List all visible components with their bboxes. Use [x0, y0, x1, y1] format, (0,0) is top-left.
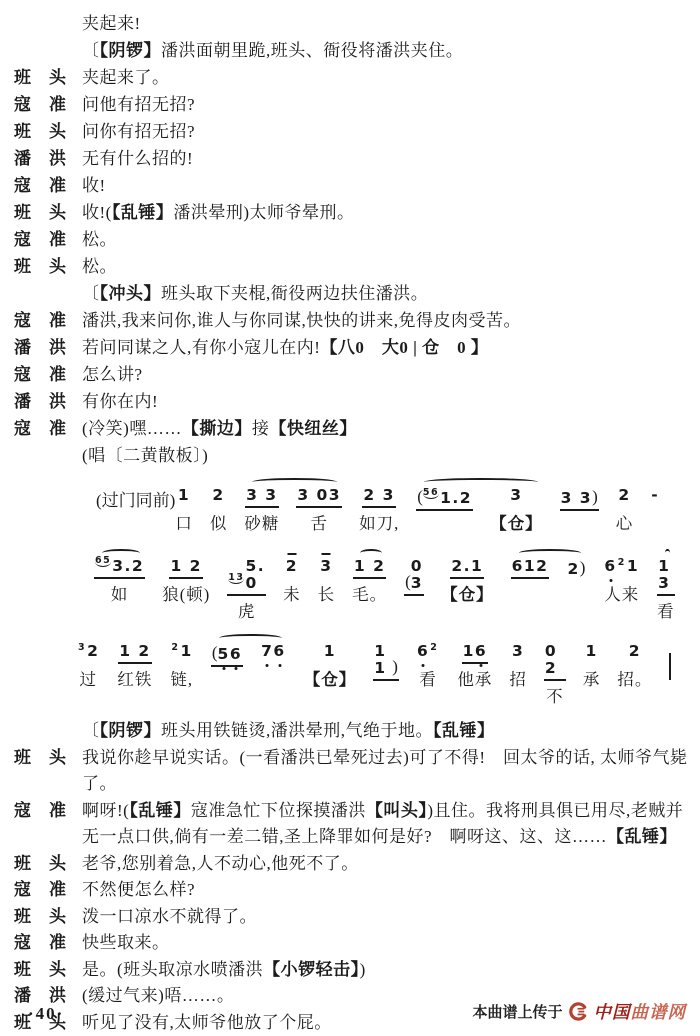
speaker-name: 寇准: [14, 361, 66, 388]
music-line: (过门同前)1口2似3 3砂糖3 03舌2 3如刀,(561.23【仓】3 3)…: [96, 477, 688, 538]
music-note-cell: 1 2狼(顿): [162, 558, 210, 606]
music-note-cell: 3 3砂糖: [244, 487, 279, 535]
music-note-cell: 3 3): [560, 487, 599, 538]
music-group: (561.23【仓】: [416, 477, 559, 538]
music-note: 2: [618, 487, 630, 504]
site-logo-icon: [569, 1002, 588, 1021]
music-note: 3 03: [297, 487, 341, 504]
dialogue-line: 寇准啊呀!(【乱锤】寇准急忙下位探摸潘洪【叫头】)且住。我将刑具俱已用尽,老贼并…: [14, 798, 688, 851]
music-note-cell: (0 3: [404, 558, 424, 623]
dialogue-line: 寇准问他有招无招?: [14, 91, 688, 118]
lyric-text: 看: [419, 670, 437, 691]
dialogue-text: 啊呀!(【乱锤】寇准急忙下位探摸潘洪【叫头】)且住。我将刑具俱已用尽,老贼并无一…: [82, 798, 688, 851]
speaker-name: [14, 280, 66, 307]
speaker-name: 潘洪: [14, 388, 66, 415]
dialogue-line: 班头老爷,您别着急,人不动心,他死不了。: [14, 851, 688, 878]
music-note-cell: 2 3如刀,: [359, 487, 399, 535]
dialogue-text: 快些取来。: [82, 930, 688, 957]
dialogue-text: 不然便怎么样?: [82, 877, 688, 904]
lyric-text: 过: [79, 670, 97, 691]
site-name-secondary: 曲谱网: [631, 1002, 687, 1022]
dialogue-line: 寇准不然便怎么样?: [14, 877, 688, 904]
music-note: 6: [604, 558, 616, 575]
music-note-cell: 2.1【仓】: [441, 558, 494, 606]
music-group: 6122): [511, 548, 604, 609]
dialogue-text: 无有什么招的!: [82, 145, 688, 172]
dialogue-line: 班头是。(班头取凉水喷潘洪【小锣轻击】): [14, 957, 688, 984]
tie-arc: [360, 549, 382, 557]
speaker-name: 寇准: [14, 930, 66, 957]
music-end-barline: [669, 653, 671, 680]
dialogue-text: 怎么讲?: [82, 361, 688, 388]
site-name: 中国曲谱网: [594, 999, 687, 1024]
dialogue-line: 班头我说你趁早说实话。(一看潘洪已晕死过去)可了不得! 回太爷的话, 太师爷气毙…: [14, 745, 688, 798]
dialogue-text: 夹起来!: [82, 10, 688, 37]
grace-note: 56: [423, 488, 439, 499]
dialogue-text: 〔【阴锣】班头用铁链烫,潘洪晕刑,气绝于地。【乱锤】: [82, 718, 688, 745]
music-note: 1 2: [354, 558, 385, 575]
score-page: 夹起来!〔【阴锣】潘洪面朝里跪,班头、衙役将潘洪夹住。班头夹起来了。寇准问他有招…: [0, 0, 700, 1036]
music-note: 2: [212, 487, 224, 504]
lyric-text: 【仓】: [441, 585, 494, 606]
music-note: 6: [475, 643, 487, 660]
lyric-text: 如刀,: [359, 514, 399, 535]
music-note-cell: 1 3看: [657, 558, 675, 623]
music-note-cell: 3长: [318, 558, 336, 606]
music-note-cell: 653.2如: [94, 558, 145, 606]
dialogue-text: 问你有招无招?: [82, 118, 688, 145]
dialogue-line: 〔【冲头】班头取下夹棍,衙役两边扶住潘洪。: [14, 280, 688, 307]
music-group: 653.2如: [94, 548, 162, 606]
lyric-text: 链,: [170, 670, 193, 691]
lyric-text: 虎: [238, 602, 256, 623]
music-paren: ): [592, 487, 598, 507]
lyric-text: 【仓】: [304, 670, 357, 691]
dialogue-text: 老爷,您别着急,人不动心,他死不了。: [82, 851, 688, 878]
speaker-name: 班头: [14, 199, 66, 226]
dialogue-line: 寇准松。: [14, 226, 688, 253]
music-note: 1: [627, 558, 639, 575]
music-note-cell: 2似: [210, 487, 228, 535]
music-group: 32过1 2红铁21链,: [76, 633, 211, 691]
speaker-name: 班头: [14, 957, 66, 984]
lyric-text: 口: [175, 514, 193, 535]
music-line-label: (过门同前): [96, 486, 175, 511]
music-line: 32过1 2红铁21链,(56761【仓】1 1)62看16他承3招0 2不1承…: [76, 633, 688, 708]
lyric-text: 招: [509, 670, 527, 691]
music-line: 653.2如1 2狼(顿)135. 0虎2未3长1 2毛。(0 32.1【仓】6…: [94, 548, 688, 623]
dialogue-text: 〔【冲头】班头取下夹棍,衙役两边扶住潘洪。: [82, 280, 688, 307]
music-note: 2: [87, 643, 99, 660]
speaker-name: 潘洪: [14, 145, 66, 172]
dialogue-line: 〔【阴锣】潘洪面朝里跪,班头、衙役将潘洪夹住。: [14, 37, 688, 64]
music-note: 2: [629, 643, 641, 660]
music-note: 1 2: [119, 643, 150, 660]
dialogue-text: (冷笑)嘿……【撕边】接【快纽丝】: [82, 415, 688, 442]
music-note: 2: [430, 643, 438, 653]
music-note: 2.1: [451, 558, 483, 575]
tie-arc: [519, 549, 582, 557]
music-note: 612: [512, 558, 549, 575]
music-note: 1: [178, 487, 190, 504]
speaker-name: 班头: [14, 253, 66, 280]
music-note: 6: [273, 643, 285, 660]
dialogue-text: 是。(班头取凉水喷潘洪【小锣轻击】): [82, 957, 688, 984]
lyric-text: 招。: [617, 670, 652, 691]
music-note: 0 3: [411, 558, 423, 592]
music-note: 6: [417, 643, 429, 660]
tie-arc: [219, 634, 282, 642]
music-note: 0 2: [545, 643, 565, 677]
page-number: ·40·: [28, 1004, 64, 1024]
dialogue-line: 寇准潘洪,我来问你,谁人与你同谋,快快的讲来,免得皮肉受苦。: [14, 307, 688, 334]
music-note-cell: 1【仓】: [304, 643, 357, 691]
music-group: 1口2似: [175, 477, 244, 535]
music-note: 1: [181, 643, 193, 660]
music-note-cell: 1承: [583, 643, 601, 691]
music-group: (5676: [211, 633, 304, 694]
music-group: 3 3砂糖3 03舌: [244, 477, 359, 535]
speaker-name: 寇准: [14, 226, 66, 253]
music-note: 3: [78, 643, 86, 653]
music-note: 1: [463, 643, 475, 660]
lyric-text: 砂糖: [244, 514, 279, 535]
music-notation-section: (过门同前)1口2似3 3砂糖3 03舌2 3如刀,(561.23【仓】3 3)…: [14, 477, 688, 708]
dialogue-line: 班头问你有招无招?: [14, 118, 688, 145]
lyric-text: 如: [111, 585, 129, 606]
music-note-cell: 21链,: [169, 643, 193, 691]
dialogue-line: 夹起来!: [14, 10, 688, 37]
lyric-text: 毛。: [352, 585, 387, 606]
music-note: 5: [218, 646, 230, 663]
music-note-cell: 621人来: [603, 558, 640, 606]
music-note: 2: [286, 558, 298, 575]
speaker-name: 寇准: [14, 91, 66, 118]
grace-note: 13: [228, 573, 244, 584]
speaker-name: 班头: [14, 904, 66, 931]
dialogue-text: 松。: [82, 226, 688, 253]
music-note: 2: [171, 643, 179, 653]
music-note-cell: 62看: [416, 643, 440, 691]
dialogue-line: 寇准快些取来。: [14, 930, 688, 957]
lyric-text: 狼(顿): [162, 585, 210, 606]
site-name-primary: 中国: [594, 1002, 631, 1022]
music-note-cell: 3招: [509, 643, 527, 691]
speaker-name: 寇准: [14, 877, 66, 904]
lyric-text: 承: [583, 670, 601, 691]
lyric-text: 长: [318, 585, 336, 606]
dialogue-text: (唱〔二黄散板〕): [82, 442, 688, 469]
music-group: 1 3看: [657, 548, 692, 623]
lyric-text: 红铁: [117, 670, 152, 691]
dialogue-line: 潘洪有你在内!: [14, 388, 688, 415]
speaker-name: [14, 10, 66, 37]
dialogue-text: 我说你趁早说实话。(一看潘洪已晕死过去)可了不得! 回太爷的话, 太师爷气毙了。: [82, 745, 688, 798]
grace-note: 65: [95, 556, 111, 567]
dialogue-text: 泼一口凉水不就得了。: [82, 904, 688, 931]
speaker-name: 潘洪: [14, 334, 66, 361]
music-note-cell: 0 2不: [544, 643, 566, 708]
dialogue-line: 班头收!(【乱锤】潘洪晕刑)太师爷晕刑。: [14, 199, 688, 226]
dialogue-text: 夹起来了。: [82, 64, 688, 91]
music-note: 3: [320, 558, 332, 575]
lyric-text: 未: [283, 585, 301, 606]
speaker-name: 班头: [14, 851, 66, 878]
music-note-cell: 32过: [76, 643, 100, 691]
music-group: 621人来: [603, 548, 657, 606]
music-note: 3: [512, 643, 524, 660]
music-note-cell: -: [650, 487, 660, 535]
music-paren: ): [392, 657, 398, 677]
upload-credit-text: 本曲谱上传于: [472, 1001, 562, 1022]
music-note-cell: 3 03舌: [296, 487, 342, 535]
music-note-cell: 16他承: [457, 643, 492, 691]
lyric-text: 【仓】: [490, 514, 543, 535]
music-note-cell: 1 2红铁: [117, 643, 152, 691]
music-note: 6: [230, 646, 242, 663]
speaker-name: 寇准: [14, 798, 66, 851]
lyric-text: 舌: [310, 514, 328, 535]
music-note-cell: (561.2: [416, 487, 473, 538]
dialogue-line: 潘洪无有什么招的!: [14, 145, 688, 172]
speaker-name: 寇准: [14, 307, 66, 334]
music-note: 1: [324, 643, 336, 660]
lyric-text: 人来: [604, 585, 639, 606]
dialogue-section-bottom: 〔【阴锣】班头用铁链烫,潘洪晕刑,气绝于地。【乱锤】班头我说你趁早说实话。(一看…: [14, 718, 688, 1036]
music-note-cell: 2心: [616, 487, 634, 535]
music-note: 3: [510, 487, 522, 504]
dialogue-line: 寇准收!: [14, 172, 688, 199]
dialogue-text: 若问同谋之人,有你小寇儿在内!【八0 大0 | 仓 0 】: [82, 334, 688, 361]
music-note: 7: [261, 643, 273, 660]
speaker-name: 班头: [14, 745, 66, 798]
dialogue-line: 〔【阴锣】班头用铁链烫,潘洪晕刑,气绝于地。【乱锤】: [14, 718, 688, 745]
music-note: 2: [567, 561, 579, 578]
tie-arc: [665, 549, 670, 557]
music-note-cell: 76: [260, 643, 287, 691]
dialogue-line: 潘洪若问同谋之人,有你小寇儿在内!【八0 大0 | 仓 0 】: [14, 334, 688, 361]
dialogue-line: 寇准(冷笑)嘿……【撕边】接【快纽丝】: [14, 415, 688, 442]
lyric-text: 不: [546, 687, 564, 708]
speaker-name: [14, 718, 66, 745]
speaker-name: 班头: [14, 118, 66, 145]
dialogue-text: 〔【阴锣】潘洪面朝里跪,班头、衙役将潘洪夹住。: [82, 37, 688, 64]
dialogue-line: (唱〔二黄散板〕): [14, 442, 688, 469]
dialogue-text: 收!(【乱锤】潘洪晕刑)太师爷晕刑。: [82, 199, 688, 226]
lyric-text: 心: [616, 514, 634, 535]
music-note: 5. 0: [245, 558, 265, 592]
music-note: 3 3: [561, 490, 592, 507]
music-note: 1: [585, 643, 597, 660]
music-note-cell: (56: [211, 643, 243, 694]
music-note: 1 2: [170, 558, 201, 575]
speaker-name: [14, 442, 66, 469]
music-note-cell: 3【仓】: [490, 487, 543, 535]
music-note: 1 1: [374, 643, 392, 677]
music-note: 1 3: [658, 558, 674, 592]
music-note-cell: 2招。: [617, 643, 652, 691]
lyric-text: 似: [210, 514, 228, 535]
dialogue-text: 松。: [82, 253, 688, 280]
speaker-name: 寇准: [14, 415, 66, 442]
dialogue-line: 寇准怎么讲?: [14, 361, 688, 388]
speaker-name: 寇准: [14, 172, 66, 199]
music-paren: ): [580, 558, 586, 578]
dialogue-line: 班头泼一口凉水不就得了。: [14, 904, 688, 931]
music-note: 3.2: [112, 558, 144, 575]
music-group: 2 3如刀,: [359, 477, 416, 535]
dialogue-line: 班头夹起来了。: [14, 64, 688, 91]
dialogue-section-top: 夹起来!〔【阴锣】潘洪面朝里跪,班头、衙役将潘洪夹住。班头夹起来了。寇准问他有招…: [14, 10, 688, 469]
music-group: 3 3)2心-: [560, 477, 678, 538]
lyric-text: 他承: [457, 670, 492, 691]
music-group: 1【仓】1 1)62看16他承3招0 2不1承2招。: [304, 633, 688, 708]
music-note: 3 3: [246, 487, 277, 504]
tie-arc: [424, 478, 537, 486]
dialogue-text: 有你在内!: [82, 388, 688, 415]
music-note-cell: 2): [566, 558, 586, 609]
dialogue-text: 问他有招无招?: [82, 91, 688, 118]
dialogue-line: 班头松。: [14, 253, 688, 280]
upload-credit: 本曲谱上传于 中国曲谱网: [472, 999, 686, 1024]
music-note: 2: [618, 558, 626, 568]
music-group: 1 2毛。: [352, 548, 404, 606]
speaker-name: [14, 37, 66, 64]
music-note-cell: 135. 0虎: [227, 558, 266, 623]
music-note-cell: 2未: [283, 558, 301, 606]
tie-arc: [252, 478, 337, 486]
music-group: (0 32.1【仓】: [404, 548, 510, 623]
music-note: 1.2: [440, 490, 472, 507]
music-group: 1 2狼(顿)135. 0虎2未3长: [162, 548, 352, 623]
speaker-name: 班头: [14, 64, 66, 91]
music-note-cell: 1口: [175, 487, 193, 535]
music-note-cell: 1 1): [373, 643, 399, 708]
dialogue-text: 收!: [82, 172, 688, 199]
music-note: 2 3: [363, 487, 394, 504]
lyric-text: 看: [657, 602, 675, 623]
dialogue-text: 潘洪,我来问你,谁人与你同谋,快快的讲来,免得皮肉受苦。: [82, 307, 688, 334]
music-note: -: [651, 487, 659, 504]
music-note-cell: 612: [511, 558, 550, 606]
music-note-cell: 1 2毛。: [352, 558, 387, 606]
